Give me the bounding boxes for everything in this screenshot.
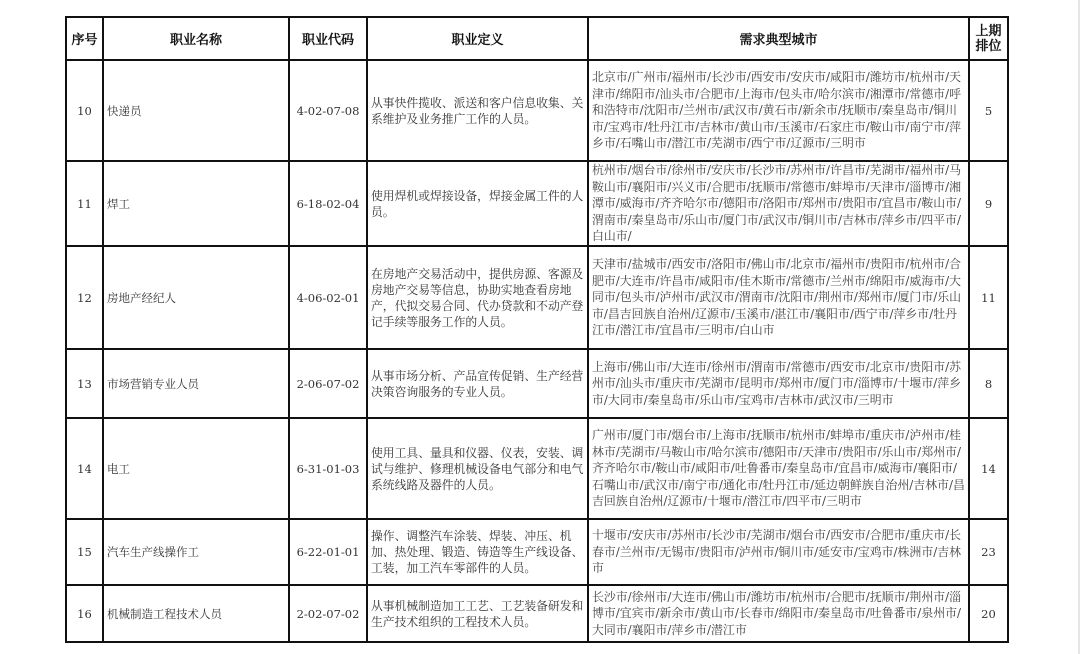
table-row: 16 机械制造工程技术人员 2-02-07-02 从事机械制造加工工艺、工艺装备… <box>66 585 1008 642</box>
row-prev-rank: 20 <box>969 585 1008 642</box>
row-cities: 广州市/厦门市/烟台市/上海市/抚顺市/杭州市/蚌埠市/重庆市/泸州市/桂林市/… <box>588 418 969 519</box>
row-cities: 杭州市/烟台市/徐州市/安庆市/长沙市/苏州市/许昌市/芜湖市/福州市/马鞍山市… <box>588 161 969 246</box>
row-prev-rank: 8 <box>969 349 1008 418</box>
row-name: 快递员 <box>103 60 289 161</box>
header-definition: 职业定义 <box>367 17 588 60</box>
header-no: 序号 <box>66 17 103 60</box>
row-no: 12 <box>66 246 103 349</box>
row-no: 15 <box>66 519 103 585</box>
header-prev-rank-line1: 上期 <box>975 24 1001 39</box>
row-definition: 从事市场分析、产品宣传促销、生产经营决策咨询服务的专业人员。 <box>367 349 588 418</box>
header-code: 职业代码 <box>289 17 367 60</box>
row-definition: 从事机械制造加工工艺、工艺装备研发和生产技术组织的工程技术人员。 <box>367 585 588 642</box>
row-prev-rank: 11 <box>969 246 1008 349</box>
row-name: 焊工 <box>103 161 289 246</box>
row-code: 2-02-07-02 <box>289 585 367 642</box>
row-cities: 十堰市/安庆市/苏州市/长沙市/芜湖市/烟台市/西安市/合肥市/重庆市/长春市/… <box>588 519 969 585</box>
header-prev-rank: 上期 排位 <box>969 17 1008 60</box>
table-row: 15 汽车生产线操作工 6-22-01-01 操作、调整汽车涂装、焊装、冲压、机… <box>66 519 1008 585</box>
header-name: 职业名称 <box>103 17 289 60</box>
row-definition: 使用工具、量具和仪器、仪表，安装、调试与维护、修理机械设备电气部分和电气系统线路… <box>367 418 588 519</box>
table-row: 13 市场营销专业人员 2-06-07-02 从事市场分析、产品宣传促销、生产经… <box>66 349 1008 418</box>
row-code: 4-02-07-08 <box>289 60 367 161</box>
row-code: 6-31-01-03 <box>289 418 367 519</box>
header-prev-rank-line2: 排位 <box>975 39 1001 54</box>
row-name: 机械制造工程技术人员 <box>103 585 289 642</box>
row-prev-rank: 9 <box>969 161 1008 246</box>
row-name: 电工 <box>103 418 289 519</box>
table-header-row: 序号 职业名称 职业代码 职业定义 需求典型城市 上期 排位 <box>66 17 1008 60</box>
header-cities: 需求典型城市 <box>588 17 969 60</box>
row-no: 13 <box>66 349 103 418</box>
row-no: 11 <box>66 161 103 246</box>
row-cities: 天津市/盐城市/西安市/洛阳市/佛山市/北京市/福州市/贵阳市/杭州市/合肥市/… <box>588 246 969 349</box>
row-prev-rank: 23 <box>969 519 1008 585</box>
row-prev-rank: 5 <box>969 60 1008 161</box>
row-code: 2-06-07-02 <box>289 349 367 418</box>
table-row: 10 快递员 4-02-07-08 从事快件揽收、派送和客户信息收集、关系维护及… <box>66 60 1008 161</box>
row-definition: 操作、调整汽车涂装、焊装、冲压、机加、热处理、锻造、铸造等生产线设备、工装，加工… <box>367 519 588 585</box>
row-definition: 使用焊机或焊接设备，焊接金属工件的人员。 <box>367 161 588 246</box>
row-definition: 在房地产交易活动中，提供房源、客源及房地产交易等信息，协助实地查看房地产，代拟交… <box>367 246 588 349</box>
row-no: 10 <box>66 60 103 161</box>
row-no: 14 <box>66 418 103 519</box>
row-cities: 北京市/广州市/福州市/长沙市/西安市/安庆市/咸阳市/潍坊市/杭州市/天津市/… <box>588 60 969 161</box>
row-code: 6-18-02-04 <box>289 161 367 246</box>
row-definition: 从事快件揽收、派送和客户信息收集、关系维护及业务推广工作的人员。 <box>367 60 588 161</box>
row-code: 6-22-01-01 <box>289 519 367 585</box>
row-name: 市场营销专业人员 <box>103 349 289 418</box>
table-row: 14 电工 6-31-01-03 使用工具、量具和仪器、仪表，安装、调试与维护、… <box>66 418 1008 519</box>
table-row: 12 房地产经纪人 4-06-02-01 在房地产交易活动中，提供房源、客源及房… <box>66 246 1008 349</box>
row-no: 16 <box>66 585 103 642</box>
row-cities: 长沙市/徐州市/大连市/佛山市/潍坊市/杭州市/合肥市/抚顺市/荆州市/淄博市/… <box>588 585 969 642</box>
row-name: 汽车生产线操作工 <box>103 519 289 585</box>
table-row: 11 焊工 6-18-02-04 使用焊机或焊接设备，焊接金属工件的人员。 杭州… <box>66 161 1008 246</box>
occupation-demand-table: 序号 职业名称 职业代码 职业定义 需求典型城市 上期 排位 10 快递员 4-… <box>65 16 1009 643</box>
row-name: 房地产经纪人 <box>103 246 289 349</box>
row-code: 4-06-02-01 <box>289 246 367 349</box>
row-prev-rank: 14 <box>969 418 1008 519</box>
row-cities: 上海市/佛山市/大连市/徐州市/渭南市/常德市/西安市/北京市/贵阳市/苏州市/… <box>588 349 969 418</box>
